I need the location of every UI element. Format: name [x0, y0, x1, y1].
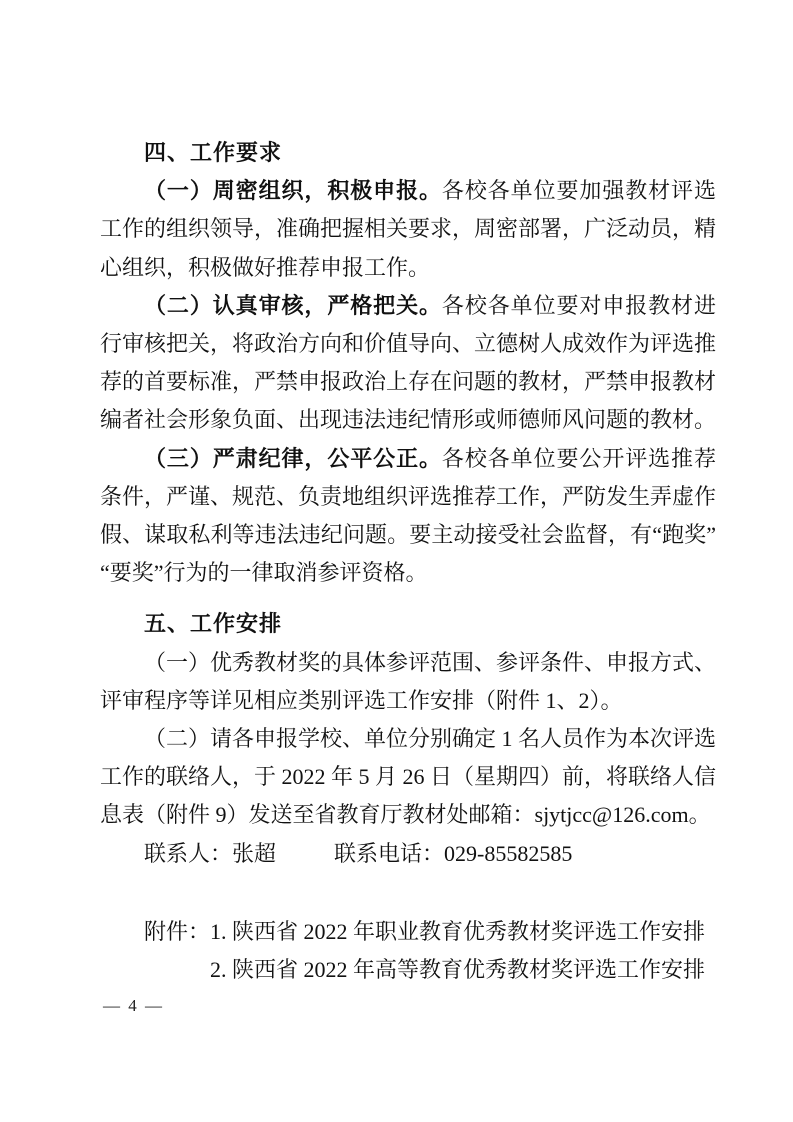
- contact-line: 联系人：张超联系电话：029-85582585: [100, 835, 716, 873]
- document-body: 四、工作要求 （一）周密组织，积极申报。各校各单位要加强教材评选工作的组织领导，…: [100, 134, 716, 989]
- paragraph-text: （一）优秀教材奖的具体参评范围、参评条件、申报方式、评审程序等详见相应类别评选工…: [100, 650, 716, 713]
- attachments-list: 1. 陕西省 2022 年职业教育优秀教材奖评选工作安排 2. 陕西省 2022…: [210, 913, 716, 989]
- section-heading-work-requirements: 四、工作要求: [100, 134, 716, 172]
- paragraph-liaison-info: （二）请各申报学校、单位分别确定 1 名人员作为本次评选工作的联络人，于 202…: [100, 720, 716, 835]
- attachment-item-2: 2. 陕西省 2022 年高等教育优秀教材奖评选工作安排: [210, 951, 716, 989]
- contact-phone: 联系电话：029-85582585: [334, 841, 572, 866]
- paragraph-review-check: （二）认真审核，严格把关。各校各单位要对申报教材进行审核把关，将政治方向和价值导…: [100, 287, 716, 440]
- attachments-block: 附件： 1. 陕西省 2022 年职业教育优秀教材奖评选工作安排 2. 陕西省 …: [100, 913, 716, 989]
- paragraph-text: （二）请各申报学校、单位分别确定 1 名人员作为本次评选工作的联络人，于 202…: [100, 726, 716, 827]
- paragraph-lead: （一）周密组织，积极申报。: [144, 178, 442, 203]
- document-page: 四、工作要求 （一）周密组织，积极申报。各校各单位要加强教材评选工作的组织领导，…: [0, 0, 793, 1122]
- paragraph-lead: （二）认真审核，严格把关。: [144, 293, 442, 318]
- paragraph-organize-apply: （一）周密组织，积极申报。各校各单位要加强教材评选工作的组织领导，准确把握相关要…: [100, 172, 716, 287]
- attachments-label: 附件：: [144, 913, 210, 951]
- paragraph-discipline-fairness: （三）严肃纪律，公平公正。各校各单位要公开评选推荐条件，严谨、规范、负责地组织评…: [100, 440, 716, 593]
- page-number: — 4 —: [103, 996, 164, 1016]
- attachment-item-1: 1. 陕西省 2022 年职业教育优秀教材奖评选工作安排: [210, 913, 716, 951]
- contact-person: 联系人：张超: [144, 841, 276, 866]
- paragraph-award-scope: （一）优秀教材奖的具体参评范围、参评条件、申报方式、评审程序等详见相应类别评选工…: [100, 644, 716, 720]
- paragraph-lead: （三）严肃纪律，公平公正。: [144, 446, 442, 471]
- section-heading-work-arrangement: 五、工作安排: [100, 605, 716, 643]
